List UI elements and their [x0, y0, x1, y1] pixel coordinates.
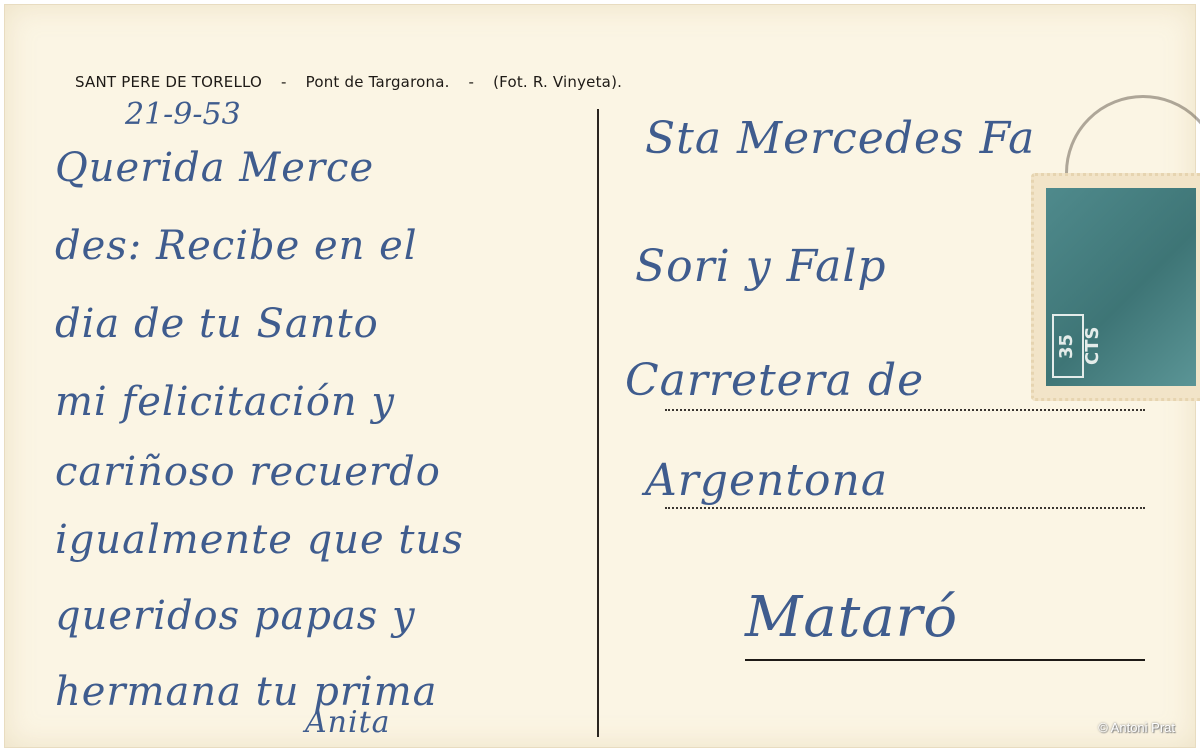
caption-separator: - — [281, 73, 287, 91]
stamp-value: 35 CTS — [1052, 314, 1084, 378]
message-line: cariñoso recuerdo — [55, 449, 441, 495]
address-rule — [745, 659, 1145, 661]
message-line: igualmente que tus — [55, 517, 464, 563]
address-rule — [665, 507, 1145, 509]
signature: Anita — [305, 705, 391, 740]
postage-stamp: 35 CTS — [1031, 173, 1200, 401]
address-line: Carretera de — [625, 355, 924, 406]
caption-location: SANT PERE DE TORELLO — [75, 73, 262, 91]
message-line: des: Recibe en el — [55, 223, 418, 269]
address-line: Sta Mercedes Fa — [645, 113, 1035, 164]
address-line: Sori y Falp — [635, 241, 887, 292]
message-line: queridos papas y — [55, 593, 416, 639]
copyright-watermark: © Antoni Prat — [1098, 720, 1175, 735]
caption-credit: (Fot. R. Vinyeta). — [493, 73, 622, 91]
postcard-back: SANT PERE DE TORELLO - Pont de Targarona… — [4, 4, 1196, 748]
caption-title: Pont de Targarona. — [306, 73, 450, 91]
printed-caption: SANT PERE DE TORELLO - Pont de Targarona… — [75, 73, 636, 91]
handwritten-date: 21-9-53 — [125, 97, 241, 132]
message-line: dia de tu Santo — [55, 301, 379, 347]
caption-separator: - — [469, 73, 475, 91]
address-city: Mataró — [745, 585, 958, 650]
message-line: Querida Merce — [55, 145, 374, 191]
message-line: mi felicitación y — [55, 379, 395, 425]
address-rule — [665, 409, 1145, 411]
address-line: Argentona — [645, 455, 888, 506]
center-divider — [597, 109, 599, 737]
stamp-image: 35 CTS — [1046, 188, 1196, 386]
